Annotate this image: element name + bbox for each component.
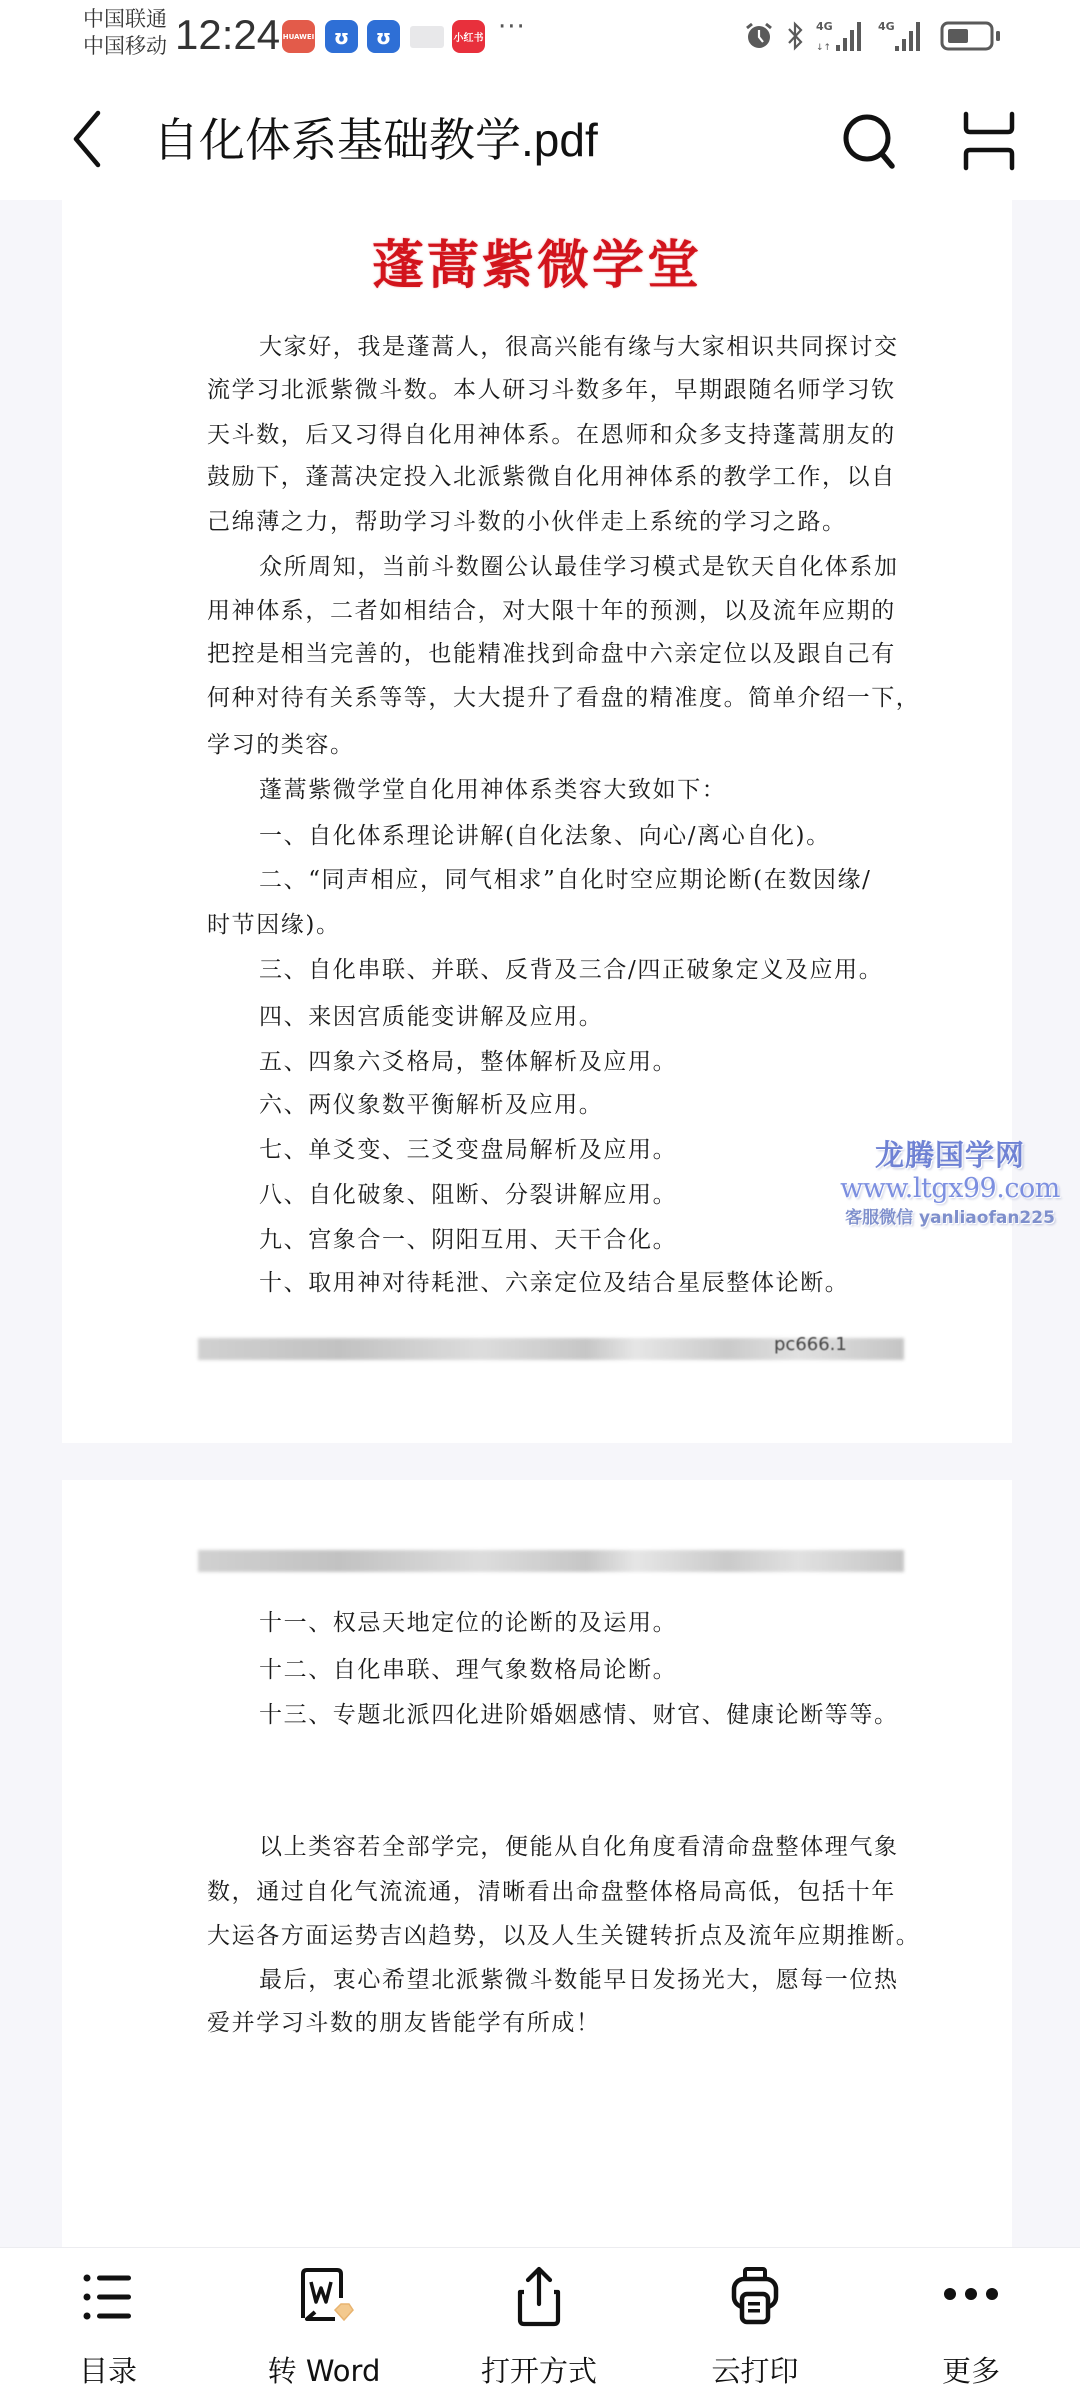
list-item: 十三、专题北派四化进阶婚姻感情、财官、健康论断等等。 [259, 1700, 899, 1730]
list-item: 六、两仪象数平衡解析及应用。 [259, 1090, 603, 1120]
paragraph-line: 爱并学习斗数的朋友皆能学有所成！ [207, 2008, 601, 2038]
site-watermark: 龙腾国学网 www.ltgx99.com 客服微信 yanliaofan225 [820, 1136, 1080, 1232]
list-item: 二、“同声相应，同气相求”自化时空应期论断(在数因缘/ [259, 865, 871, 895]
document-title: 自化体系基础教学.pdf [153, 112, 598, 168]
paragraph-line: 以上类容若全部学完，便能从自化角度看清命盘整体理气象 [259, 1832, 899, 1862]
huawei-notification-icon: HUAWEI [282, 20, 315, 53]
watermark-url: www.ltgx99.com [820, 1174, 1080, 1204]
search-button[interactable] [838, 110, 900, 172]
pdf-page-1[interactable]: 蓬蒿紫微学堂 大家好，我是蓬蒿人，很高兴能有缘与大家相识共同探讨交 流学习北派紫… [62, 200, 1012, 1443]
blue-app-notification-icon-2: ʊ [367, 20, 400, 53]
alarm-icon [744, 21, 774, 51]
signal-4g-sim2-icon: 4G [878, 19, 928, 53]
gray-app-notification-icon [410, 26, 444, 48]
list-item: 五、四象六爻格局，整体解析及应用。 [259, 1047, 677, 1077]
collapse-toolbar-button[interactable] [958, 110, 1020, 172]
paragraph-line: 把控是相当完善的，也能精准找到命盘中六亲定位以及跟自己有 [207, 639, 896, 669]
paragraph-line: 用神体系，二者如相结合，对大限十年的预测，以及流年应期的 [207, 596, 896, 626]
cloud-print-button[interactable]: 云打印 [670, 2248, 840, 2400]
collapse-icon [958, 110, 1020, 172]
list-item: 三、自化串联、并联、反背及三合/四正破象定义及应用。 [259, 955, 883, 985]
carrier-1: 中国联通 [83, 6, 167, 33]
status-bar: 中国联通 中国移动 12:24 HUAWEI ʊ ʊ 小红书 ··· 4G ↓↑… [0, 0, 1080, 80]
more-icon [938, 2264, 1004, 2330]
paragraph-line: 数，通过自化气流流通，清晰看出命盘整体格局高低，包括十年 [207, 1877, 896, 1907]
share-icon [506, 2264, 572, 2330]
signal-4g-sim1-icon: 4G ↓↑ [816, 19, 866, 53]
paragraph-line: 大家好，我是蓬蒿人，很高兴能有缘与大家相识共同探讨交 [259, 332, 899, 362]
more-notifications-icon: ··· [498, 12, 526, 42]
cloud-print-label: 云打印 [670, 2354, 840, 2388]
app-header: 自化体系基础教学.pdf [0, 80, 1080, 200]
status-time: 12:24 [175, 10, 280, 60]
convert-word-button[interactable]: 转 Word [239, 2248, 409, 2400]
carrier-2: 中国移动 [83, 33, 167, 60]
list-item: 八、自化破象、阻断、分裂讲解应用。 [259, 1180, 677, 1210]
paragraph-line: 蓬蒿紫微学堂自化用神体系类容大致如下： [259, 775, 726, 805]
battery-icon [940, 20, 1002, 52]
list-item: 十二、自化串联、理气象数格局论断。 [259, 1655, 677, 1685]
paragraph-line: 何种对待有关系等等，大大提升了看盘的精准度。简单介绍一下， [207, 683, 920, 713]
blue-app-notification-icon: ʊ [325, 20, 358, 53]
watermark-contact: 客服微信 yanliaofan225 [820, 1204, 1080, 1232]
chevron-left-icon [62, 108, 112, 170]
paragraph-line: 学习的类容。 [207, 730, 355, 760]
bluetooth-icon [786, 20, 804, 52]
paragraph-line: 最后，衷心希望北派紫微斗数能早日发扬光大，愿每一位热 [259, 1965, 899, 1995]
redacted-header-line [198, 1550, 904, 1572]
list-item-continued: 时节因缘)。 [207, 910, 341, 940]
system-status-icons: 4G ↓↑ 4G [744, 18, 1002, 54]
convert-word-label: 转 Word [239, 2354, 409, 2388]
svg-text:4G: 4G [816, 20, 833, 33]
back-button[interactable] [62, 108, 112, 170]
carrier-info: 中国联通 中国移动 [83, 6, 167, 60]
list-item: 四、来因宫质能变讲解及应用。 [259, 1002, 603, 1032]
pdf-page-2[interactable]: 十一、权忌天地定位的论断的及运用。 十二、自化串联、理气象数格局论断。 十三、专… [62, 1480, 1012, 2247]
paragraph-line: 天斗数，后又习得自化用神体系。在恩师和众多支持蓬蒿朋友的 [207, 420, 896, 450]
watermark-site-name: 龙腾国学网 [820, 1136, 1080, 1174]
paragraph-line: 流学习北派紫微斗数。本人研习斗数多年，早期跟随名师学习钦 [207, 375, 896, 405]
paragraph-line: 大运各方面运势吉凶趋势，以及人生关键转折点及流年应期推断。 [207, 1921, 920, 1951]
paragraph-line: 鼓励下，蓬蒿决定投入北派紫微自化用神体系的教学工作，以自 [207, 462, 896, 492]
toc-button[interactable]: 目录 [23, 2248, 193, 2400]
search-icon [838, 110, 900, 172]
svg-text:4G: 4G [878, 20, 895, 33]
bottom-toolbar: 目录 转 Word 打开方式 云打印 更多 [0, 2247, 1080, 2400]
list-item: 七、单爻变、三爻变盘局解析及应用。 [259, 1135, 677, 1165]
list-item: 十一、权忌天地定位的论断的及运用。 [259, 1608, 677, 1638]
open-with-label: 打开方式 [454, 2354, 624, 2388]
redacted-footer-fragment: pc666.1 [774, 1334, 847, 1355]
paragraph-line: 众所周知，当前斗数圈公认最佳学习模式是钦天自化体系加 [259, 552, 899, 582]
list-icon [75, 2264, 141, 2330]
open-with-button[interactable]: 打开方式 [454, 2248, 624, 2400]
list-item: 十、取用神对待耗泄、六亲定位及结合星辰整体论断。 [259, 1268, 849, 1298]
svg-text:↓↑: ↓↑ [816, 43, 831, 53]
list-item: 一、自化体系理论讲解(自化法象、向心/离心自化)。 [259, 821, 831, 851]
convert-word-icon [291, 2264, 357, 2330]
printer-icon [722, 2264, 788, 2330]
more-button[interactable]: 更多 [886, 2248, 1056, 2400]
toc-label: 目录 [23, 2354, 193, 2388]
paragraph-line: 己绵薄之力，帮助学习斗数的小伙伴走上系统的学习之路。 [207, 507, 847, 537]
document-heading: 蓬蒿紫微学堂 [62, 236, 1012, 296]
xiaohongshu-notification-icon: 小红书 [452, 20, 485, 53]
list-item: 九、宫象合一、阴阳互用、天干合化。 [259, 1225, 677, 1255]
more-label: 更多 [886, 2354, 1056, 2388]
